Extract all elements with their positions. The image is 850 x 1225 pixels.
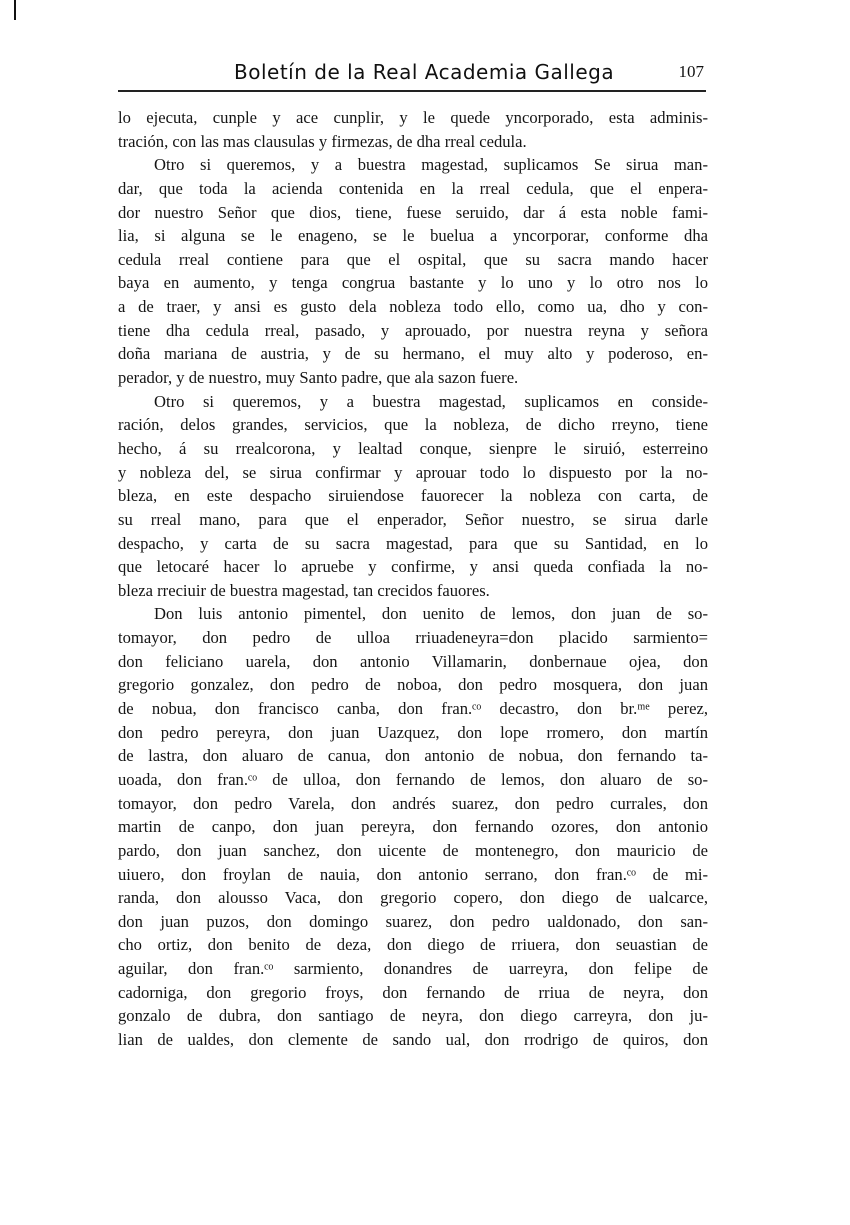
text-line: de lastra, don aluaro de canua, don anto… [118,744,708,768]
text-line: don feliciano uarela, don antonio Villam… [118,650,708,674]
text-line: Don luis antonio pimentel, don uenito de… [118,602,708,626]
text-line: dar, que toda la acienda contenida en la… [118,177,708,201]
paragraph: Otro si queremos, y a buestra magestad, … [118,153,708,389]
paragraph: Otro si queremos, y a buestra magestad, … [118,390,708,603]
running-title: Boletín de la Real Academia Gallega [234,60,614,84]
running-header: Boletín de la Real Academia Gallega 107 [118,58,706,90]
body-text: lo ejecuta, cunple y ace cunplir, y le q… [118,106,708,1052]
text-line: martin de canpo, don juan pereyra, don f… [118,815,708,839]
text-line: dor nuestro Señor que dios, tiene, fuese… [118,201,708,225]
text-line: lo ejecuta, cunple y ace cunplir, y le q… [118,106,708,130]
text-line: bleza, en este despacho siruiendose fauo… [118,484,708,508]
text-line: ración, delos grandes, servicios, que la… [118,413,708,437]
text-line: pardo, don juan sanchez, don uicente de … [118,839,708,863]
text-line: gregorio gonzalez, don pedro de noboa, d… [118,673,708,697]
text-line: uiuero, don froylan de nauia, don antoni… [118,863,708,887]
text-line: cedula rreal contiene para que el ospita… [118,248,708,272]
text-line: a de traer, y ansi es gusto dela nobleza… [118,295,708,319]
text-line: de nobua, don francisco canba, don fran.… [118,697,708,721]
page-edge-mark [14,0,16,20]
text-line: Otro si queremos, y a buestra magestad, … [118,390,708,414]
text-line: y nobleza del, se sirua confirmar y apro… [118,461,708,485]
text-line: tomayor, don pedro de ulloa rriuadeneyra… [118,626,708,650]
page-number: 107 [679,62,705,82]
text-line: doña mariana de austria, y de su hermano… [118,342,708,366]
text-line: hecho, á su rrealcorona, y lealtad conqu… [118,437,708,461]
text-line: randa, don alousso Vaca, don gregorio co… [118,886,708,910]
text-line: uoada, don fran.ᶜᵒ de ulloa, don fernand… [118,768,708,792]
text-line: que letocaré hacer lo apruebe y confirme… [118,555,708,579]
paragraph: lo ejecuta, cunple y ace cunplir, y le q… [118,106,708,153]
text-line: gonzalo de dubra, don santiago de neyra,… [118,1004,708,1028]
text-line: don pedro pereyra, don juan Uazquez, don… [118,721,708,745]
header-rule [118,90,706,92]
text-line: tración, con las mas clausulas y firmeza… [118,130,708,154]
text-line: Otro si queremos, y a buestra magestad, … [118,153,708,177]
text-line: tiene dha cedula rreal, pasado, y aproua… [118,319,708,343]
text-line: don juan puzos, don domingo suarez, don … [118,910,708,934]
text-line: bleza rreciuir de buestra magestad, tan … [118,579,708,603]
text-line: cadorniga, don gregorio froys, don ferna… [118,981,708,1005]
text-line: cho ortiz, don benito de deza, don diego… [118,933,708,957]
text-line: lian de ualdes, don clemente de sando ua… [118,1028,708,1052]
text-line: tomayor, don pedro Varela, don andrés su… [118,792,708,816]
text-line: aguilar, don fran.ᶜᵒ sarmiento, donandre… [118,957,708,981]
text-line: despacho, y carta de su sacra magestad, … [118,532,708,556]
text-line: lia, si alguna se le enageno, se le buel… [118,224,708,248]
paragraph-name-list: Don luis antonio pimentel, don uenito de… [118,602,708,1051]
text-line: su rreal mano, para que el enperador, Se… [118,508,708,532]
text-line: perador, y de nuestro, muy Santo padre, … [118,366,708,390]
text-line: baya en aumento, y tenga congrua bastant… [118,271,708,295]
